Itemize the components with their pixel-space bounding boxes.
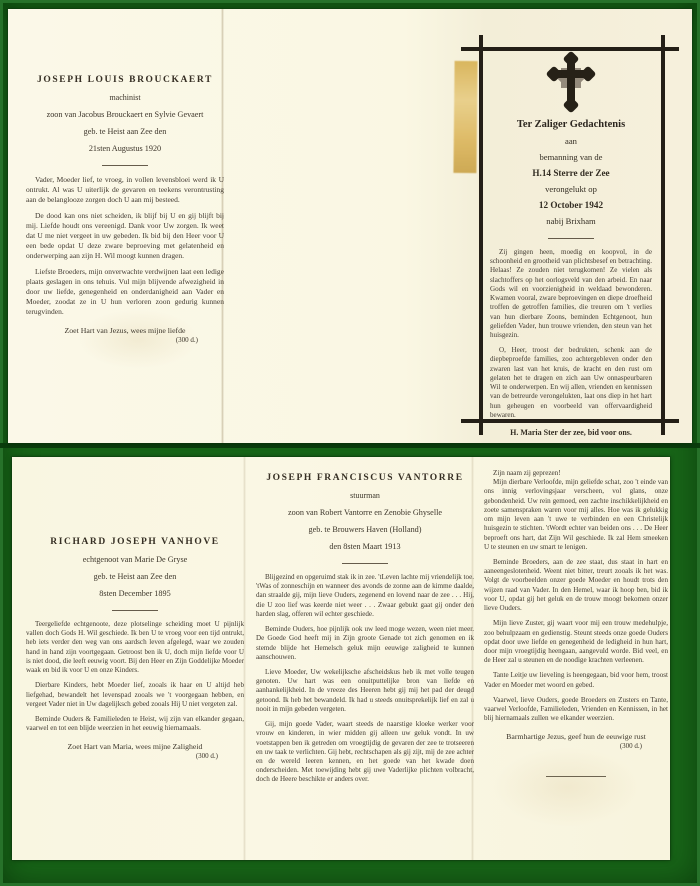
memorial-paragraph: O, Heer, troost der bedrukten, schenk aa… — [490, 346, 652, 420]
deceased-role: machinist — [26, 93, 224, 102]
end-rule — [546, 776, 606, 777]
scanned-prayer-cards-page: JOSEPH LOUIS BROUCKAERT machinist zoon v… — [0, 0, 700, 886]
maltese-cross-icon — [548, 55, 594, 109]
obituary-paragraph: Gij, mijn goede Vader, waart steeds de n… — [256, 720, 474, 785]
deceased-lineage: echtgenoot van Marie De Gryse — [26, 555, 244, 564]
indulgence-note: (300 d.) — [484, 742, 668, 750]
birth-place: geb. te Brouwers Haven (Holland) — [256, 525, 474, 534]
obituary-paragraph: Teergeliefde echtgenoote, deze plotselin… — [26, 620, 244, 675]
obituary-paragraph: Tante Leitje uw lieveling is heengegaan,… — [484, 671, 668, 689]
deceased-name: JOSEPH FRANCISCUS VANTORRE — [256, 473, 474, 483]
deceased-name: JOSEPH LOUIS BROUCKAERT — [26, 75, 224, 85]
deceased-lineage: zoon van Jacobus Brouckaert en Sylvie Ge… — [26, 110, 224, 119]
birth-place: geb. te Heist aan Zee den — [26, 572, 244, 581]
obituary-paragraph: Blijgezind en opgeruimd stak ik in zee. … — [256, 573, 474, 619]
deceased-role: stuurman — [256, 491, 474, 500]
obituary-brouckaert: JOSEPH LOUIS BROUCKAERT machinist zoon v… — [26, 75, 224, 344]
memorial-title: Ter Zaliger Gedachtenis — [490, 119, 652, 130]
event-date: 12 October 1942 — [490, 200, 652, 210]
obituary-paragraph: Lieve Moeder, Uw wekelijksche afscheidsk… — [256, 668, 474, 714]
memorial-subtitle: aan — [490, 136, 652, 146]
green-seam-divider — [0, 443, 700, 448]
deceased-name: RICHARD JOSEPH VANHOVE — [26, 537, 244, 547]
obituary-paragraph: Beminde Ouders, hoe pijnlijk ook uw leed… — [256, 625, 474, 662]
mourning-frame-line — [479, 35, 483, 435]
divider-rule — [112, 610, 158, 611]
event-line: verongelukt op — [490, 184, 652, 194]
memorial-paragraph: Zij gingen heen, moedig en koopvol, in d… — [490, 248, 652, 340]
obituary-paragraph: Beminde Ouders & Familieleden te Heist, … — [26, 715, 244, 733]
obituary-paragraph: Mijn lieve Zuster, gij waart voor mij ee… — [484, 619, 668, 665]
memorial-dedication: bemanning van de — [490, 152, 652, 162]
prayer-closing: Zoet Hart van Maria, wees mijne Zalighei… — [26, 742, 244, 751]
obituary-paragraph: Dierbare Kinders, hebt Moeder lief, zooa… — [26, 681, 244, 709]
bottom-card-spread: RICHARD JOSEPH VANHOVE echtgenoot van Ma… — [12, 457, 670, 860]
obituary-vantorre-continued: Zijn naam zij geprezen! Mijn dierbare Ve… — [484, 469, 668, 777]
obituary-paragraph: Vader, Moeder lief, te vroeg, in vollen … — [26, 175, 224, 205]
obituary-paragraph: Mijn dierbare Verloofde, mijn geliefde s… — [484, 478, 668, 552]
obituary-vantorre: JOSEPH FRANCISCUS VANTORRE stuurman zoon… — [256, 473, 474, 791]
indulgence-note: (300 d.) — [26, 752, 244, 760]
divider-rule — [548, 238, 594, 239]
birth-date: 21sten Augustus 1920 — [26, 144, 224, 153]
birth-date: 8sten December 1895 — [26, 589, 244, 598]
divider-rule — [102, 165, 148, 166]
mourning-frame-line — [661, 35, 665, 435]
obituary-vanhove: RICHARD JOSEPH VANHOVE echtgenoot van Ma… — [26, 537, 244, 760]
obituary-paragraph: Beminde Broeders, aan de zee staat, dus … — [484, 558, 668, 613]
top-card-spread: JOSEPH LOUIS BROUCKAERT machinist zoon v… — [8, 9, 692, 443]
birth-place: geb. te Heist aan Zee den — [26, 127, 224, 136]
divider-rule — [342, 563, 388, 564]
birth-date: den 8sten Maart 1913 — [256, 542, 474, 551]
prayer-closing: Zoet Hart van Jezus, wees mijne liefde — [26, 326, 224, 335]
obituary-paragraph: Vaarwel, lieve Ouders, goede Broeders en… — [484, 696, 668, 724]
event-place: nabij Brixham — [490, 216, 652, 226]
cross-tip — [563, 97, 580, 114]
ship-name: H.14 Sterre der Zee — [490, 168, 652, 178]
obituary-paragraph: De dood kan ons niet scheiden, ik blijf … — [26, 211, 224, 261]
memorial-closing: H. Maria Ster der zee, bid voor ons. — [490, 428, 652, 437]
lead-line: Zijn naam zij geprezen! — [484, 469, 668, 478]
memorial-card-content: Ter Zaliger Gedachtenis aan bemanning va… — [490, 55, 652, 413]
memorial-card-sterre-der-zee: Ter Zaliger Gedachtenis aan bemanning va… — [448, 19, 692, 443]
deceased-lineage: zoon van Robert Vantorre en Zenobie Ghys… — [256, 508, 474, 517]
indulgence-note: (300 d.) — [26, 336, 224, 344]
tape-stain — [453, 61, 477, 173]
cross-tip — [563, 51, 580, 68]
obituary-paragraph: Liefste Broeders, mijn onverwachte verdw… — [26, 267, 224, 317]
prayer-closing: Barmhartige Jezus, geef hun de eeuwige r… — [484, 732, 668, 741]
